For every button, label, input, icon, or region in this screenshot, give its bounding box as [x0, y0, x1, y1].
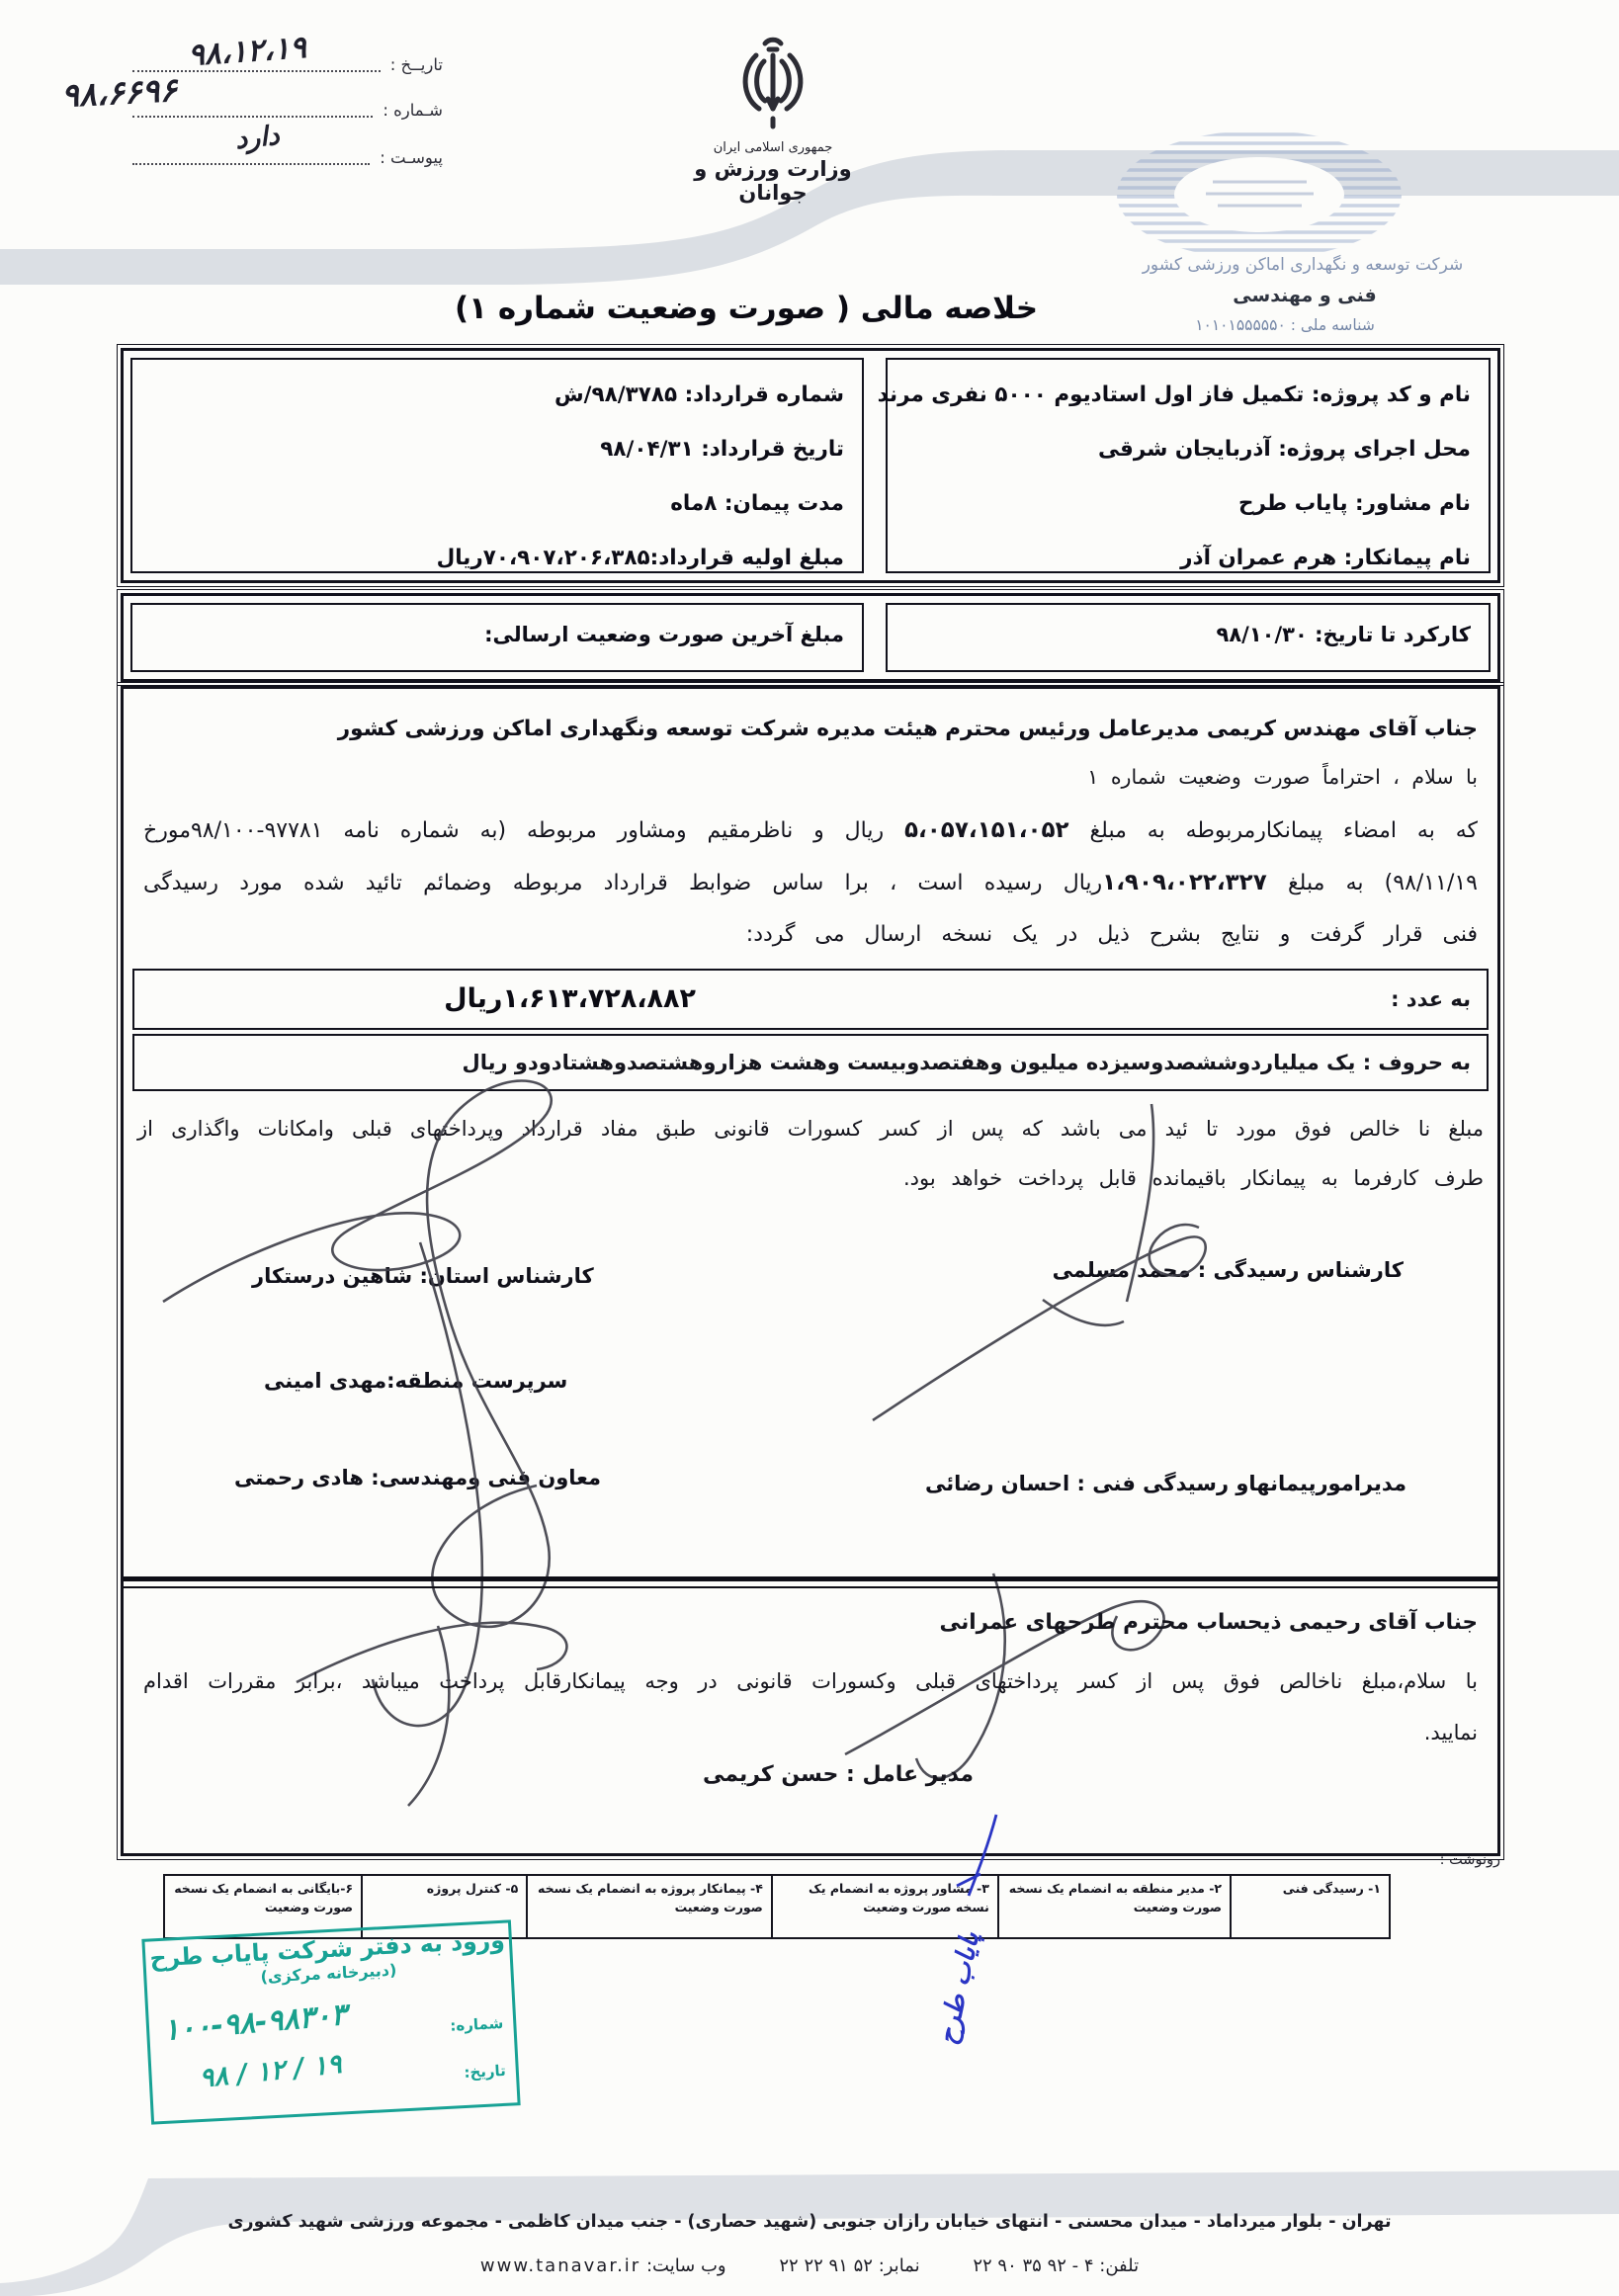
fax-value: ۵۲ ۹۱ ۲۲ ۲۲	[779, 2255, 873, 2276]
website-label: وب سایت:	[646, 2255, 726, 2276]
contractor-amount: ۵،۰۵۷،۱۵۱،۰۵۲	[904, 817, 1069, 843]
letter-recipient: جناب آقای مهندس کریمی مدیرعامل ورئیس محت…	[143, 717, 1478, 741]
entry-stamp-number-handwritten: ۱۰۰-۹۸-۹۸۳۰۳	[162, 1998, 348, 2048]
phone-label: تلفن:	[1099, 2255, 1139, 2276]
signature-label-deputy: معاون فنی ومهندسی: هادی رحمتی	[234, 1466, 601, 1489]
work-date-line: کارکرد تا تاریخ: ۹۸/۱۰/۳۰	[905, 605, 1471, 664]
amount-numeric-row: به عدد : ۱،۶۱۳،۷۲۸،۸۸۲ریال	[132, 969, 1489, 1030]
scanned-financial-statement-document: تاریــخ : شـماره : پیوسـت : ۹۸،۱۲،۱۹ ۹۸،…	[0, 0, 1619, 2296]
footer-address: تهران - بلوار میرداماد - میدان محسنی - ا…	[0, 2212, 1619, 2232]
signature-label-region-supervisor: سرپرست منطقه:مهدی امینی	[264, 1369, 567, 1393]
fax-label: نمابر:	[879, 2255, 920, 2276]
letter-salutation: با سلام ، احتراماً صورت وضعیت شماره ۱	[143, 765, 1478, 789]
work-performed-box: کارکرد تا تاریخ: ۹۸/۱۰/۳۰ مبلغ آخرین صور…	[121, 593, 1500, 682]
contractor-line: نام پیمانکار: هرم عمران آذر	[905, 531, 1471, 585]
amount-numeric-label: به عدد :	[1391, 971, 1471, 1028]
contract-duration-line: مدت پیمان: ۸ماه	[150, 476, 844, 531]
work-date-cell: کارکرد تا تاریخ: ۹۸/۱۰/۳۰	[886, 603, 1491, 672]
entry-stamp-date-handwritten: ۹۸ / ۱۲ / ۱۹	[198, 2049, 343, 2094]
project-info-cell: نام و کد پروژه: تکمیل فاز اول استادیوم ۵…	[886, 358, 1491, 573]
signature-label-province-expert: کارشناس استان: شاهین درستکار	[252, 1264, 594, 1288]
contract-date-line: تاریخ قرارداد: ۹۸/۰۴/۳۱	[150, 422, 844, 476]
contract-detail-cell: شماره قرارداد: ۹۸/۳۷۸۵/ش تاریخ قرارداد: …	[130, 358, 864, 573]
phone-value: ۴ - ۹۲ ۳۵ ۹۰ ۲۲	[973, 2255, 1093, 2276]
letter-box: جناب آقای مهندس کریمی مدیرعامل ورئیس محت…	[121, 686, 1500, 1856]
consultant-amount: ۱،۹۰۹،۰۲۲،۳۲۷	[1102, 870, 1267, 895]
distribution-label: رونوشت :	[1382, 1852, 1500, 1868]
contract-number-line: شماره قرارداد: ۹۸/۳۷۸۵/ش	[150, 368, 844, 422]
number-label: شـماره :	[383, 101, 443, 120]
ministry-name: وزارت ورزش و جوانان	[684, 157, 862, 205]
footer-phone: تلفن: ۴ - ۹۲ ۳۵ ۹۰ ۲۲	[973, 2255, 1139, 2276]
last-statement-cell: مبلغ آخرین صورت وضعیت ارسالی:	[130, 603, 864, 672]
footer-fax: نمابر: ۵۲ ۹۱ ۲۲ ۲۲	[779, 2255, 919, 2276]
ministry-header: جمهوری اسلامی ایران وزارت ورزش و جوانان	[684, 36, 862, 205]
signature-label-reviewer: کارشناس رسیدگی : محمد مسلمی	[1053, 1258, 1404, 1282]
government-line: جمهوری اسلامی ایران	[684, 140, 862, 155]
managing-director-signature-line: مدیر عامل : حسن کریمی	[618, 1762, 974, 1787]
letter-body-text: که به امضاء پیمانکارمربوطه به مبلغ	[1069, 818, 1478, 843]
company-oval-logo-icon	[1109, 125, 1409, 265]
page-title: خلاصه مالی ( صورت وضعیت شماره ۱)	[326, 291, 1166, 326]
distribution-cell-3: ۳- مشاور پروژه به انضمام یک نسخه صورت وض…	[771, 1876, 997, 1937]
last-statement-line: مبلغ آخرین صورت وضعیت ارسالی:	[150, 605, 844, 664]
distribution-cell-6: ۶-بایگانی به انضمام یک نسخه صورت وضعیت	[165, 1876, 361, 1937]
attachment-label: پیوسـت :	[380, 148, 443, 167]
project-name-line: نام و کد پروژه: تکمیل فاز اول استادیوم ۵…	[905, 368, 1471, 422]
amount-words-value: به حروف : یک میلیاردوششصدوسیزده میلیون و…	[134, 1036, 1471, 1089]
second-letter-recipient: جناب آقای رحیمی ذیحساب محترم طرحهای عمرا…	[939, 1610, 1478, 1635]
handwritten-number: ۹۸،۶۶۹۶	[60, 70, 178, 115]
amount-numeric-value: ۱،۶۱۳،۷۲۸،۸۸۲ریال	[444, 971, 696, 1028]
amount-words-row: به حروف : یک میلیاردوششصدوسیزده میلیون و…	[132, 1034, 1489, 1091]
attachment-row: پیوسـت :	[127, 148, 443, 167]
date-label: تاریــخ :	[390, 55, 443, 74]
letter-body: که به امضاء پیمانکارمربوطه به مبلغ ۵،۰۵۷…	[143, 805, 1478, 961]
company-name: شرکت توسعه و نگهداری اماکن ورزشی کشور	[998, 255, 1607, 275]
distribution-cell-4: ۴- پیمانکار پروژه به انضمام یک نسخه صورت…	[526, 1876, 771, 1937]
entry-stamp-number-label: شماره:	[450, 2014, 504, 2035]
approval-note: مبلغ نا خالص فوق مورد تا ئید می باشد که …	[137, 1104, 1484, 1203]
iran-coat-of-arms-icon	[731, 36, 814, 138]
website-value: www.tanavar.ir	[480, 2255, 640, 2276]
section-divider-rule	[124, 1576, 1497, 1588]
handwritten-attachment: دارد	[234, 121, 282, 155]
entry-stamp: ورود به دفتر شرکت پایاب طرح (دبیرخانه مر…	[141, 1919, 520, 2124]
department-name: فنی و مهندسی	[1137, 285, 1473, 306]
blue-ink-annotation: پایاب طرح	[933, 1929, 985, 2047]
entry-stamp-date-label: تاریخ:	[464, 2062, 506, 2082]
distribution-cell-2: ۲- مدیر منطقه به انضمام یک نسخه صورت وضع…	[997, 1876, 1230, 1937]
consultant-line: نام مشاور: پایاب طرح	[905, 476, 1471, 531]
distribution-cell-1: ۱- رسیدگی فنی	[1230, 1876, 1389, 1937]
second-letter-body: با سلام،مبلغ ناخالص فوق پس از کسر پرداخت…	[143, 1656, 1478, 1758]
footer-website: وب سایت: www.tanavar.ir	[480, 2255, 726, 2276]
signature-label-contracts-manager: مدیرامورپیمانهاو رسیدگی فنی : احسان رضائ…	[925, 1472, 1406, 1495]
project-location-line: محل اجرای پروژه: آذربایجان شرقی	[905, 422, 1471, 476]
contract-info-box: نام و کد پروژه: تکمیل فاز اول استادیوم ۵…	[121, 348, 1500, 583]
footer-contact: تلفن: ۴ - ۹۲ ۳۵ ۹۰ ۲۲ نمابر: ۵۲ ۹۱ ۲۲ ۲۲…	[0, 2255, 1619, 2276]
contract-amount-line: مبلغ اولیه قرارداد:۷۰،۹۰۷،۲۰۶،۳۸۵ریال	[150, 531, 844, 585]
